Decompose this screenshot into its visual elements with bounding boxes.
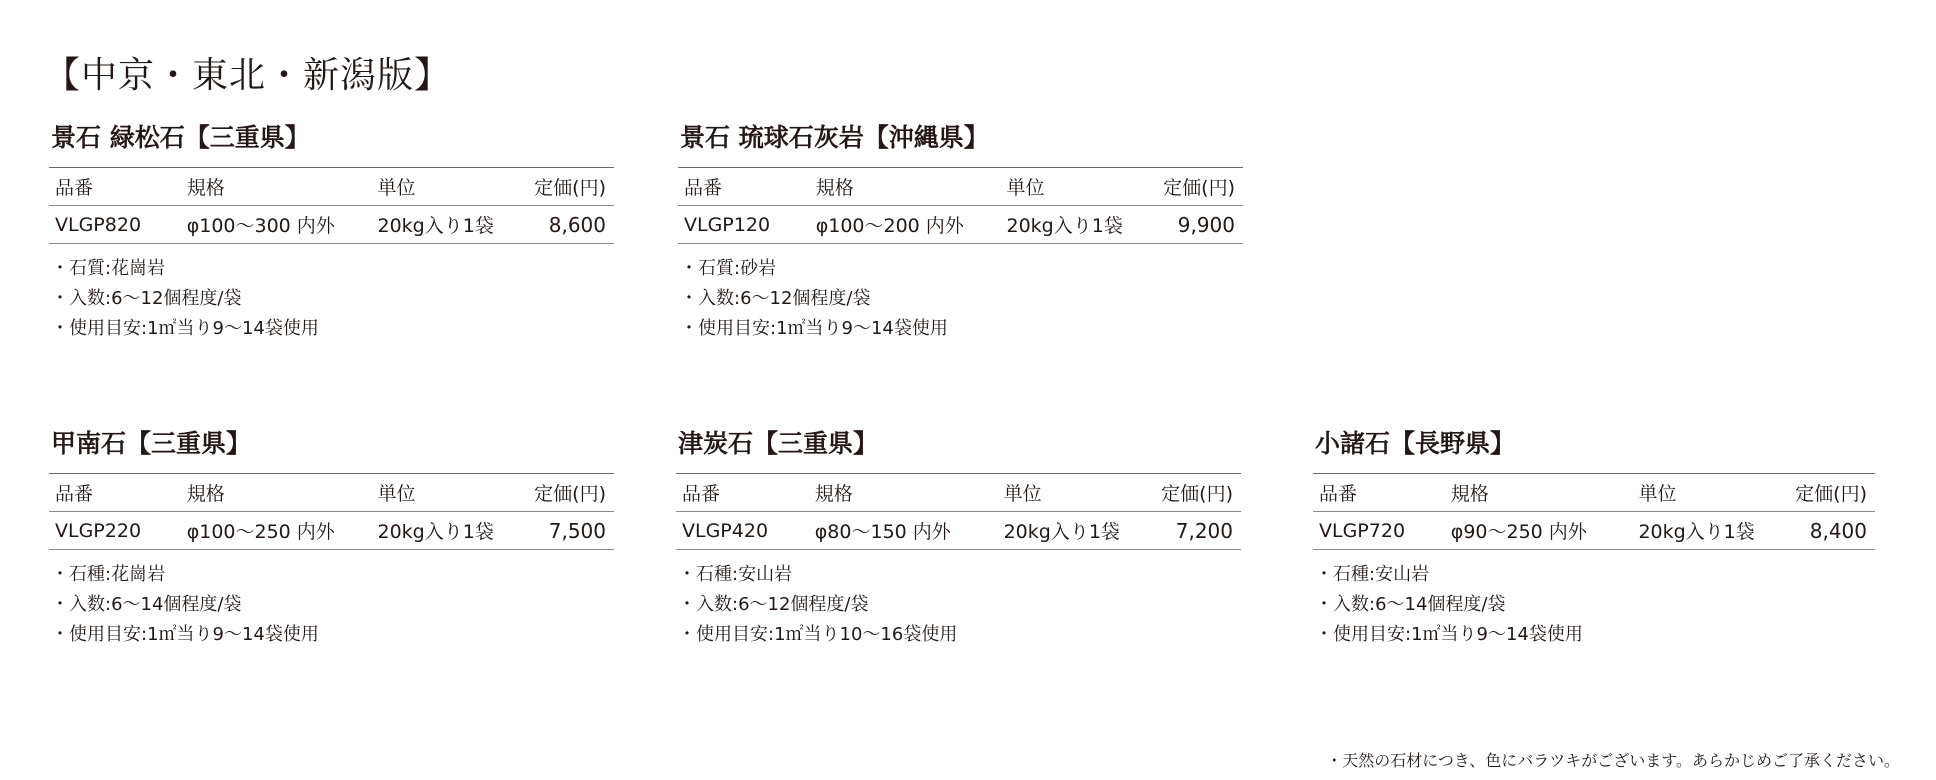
product-notes: ・石種:花崗岩 ・入数:6〜14個程度/袋 ・使用目安:1㎡当り9〜14袋使用	[49, 560, 614, 650]
note-material: ・石種:安山岩	[1313, 560, 1875, 590]
header-price: 定価(円)	[528, 168, 614, 206]
note-usage: ・使用目安:1㎡当り10〜16袋使用	[676, 620, 1241, 650]
table-row: VLGP720 φ90〜250 内外 20kg入り1袋 8,400	[1313, 512, 1875, 550]
note-usage: ・使用目安:1㎡当り9〜14袋使用	[49, 314, 614, 344]
product-price: 7,200	[1155, 512, 1241, 550]
product-size: φ100〜300 内外	[181, 206, 372, 244]
product-title: 甲南石【三重県】	[49, 428, 614, 460]
note-quantity: ・入数:6〜12個程度/袋	[49, 284, 614, 314]
note-quantity: ・入数:6〜12個程度/袋	[676, 590, 1241, 620]
note-quantity: ・入数:6〜14個程度/袋	[1313, 590, 1875, 620]
header-size: 規格	[810, 168, 1001, 206]
product-spec-table: 品番 規格 単位 定価(円) VLGP120 φ100〜200 内外 20kg入…	[678, 167, 1243, 244]
product-size: φ90〜250 内外	[1445, 512, 1633, 550]
header-price: 定価(円)	[1789, 474, 1875, 512]
note-usage: ・使用目安:1㎡当り9〜14袋使用	[1313, 620, 1875, 650]
product-notes: ・石質:花崗岩 ・入数:6〜12個程度/袋 ・使用目安:1㎡当り9〜14袋使用	[49, 254, 614, 344]
note-usage: ・使用目安:1㎡当り9〜14袋使用	[678, 314, 1243, 344]
product-unit: 20kg入り1袋	[372, 206, 529, 244]
product-title: 津炭石【三重県】	[676, 428, 1241, 460]
header-code: 品番	[49, 168, 181, 206]
product-spec-table: 品番 規格 単位 定価(円) VLGP220 φ100〜250 内外 20kg入…	[49, 473, 614, 550]
product-title: 小諸石【長野県】	[1313, 428, 1875, 460]
table-row: VLGP420 φ80〜150 内外 20kg入り1袋 7,200	[676, 512, 1241, 550]
header-size: 規格	[181, 168, 372, 206]
product-block-tsutan: 津炭石【三重県】 品番 規格 単位 定価(円) VLGP420 φ80〜150 …	[676, 428, 1241, 650]
table-header-row: 品番 規格 単位 定価(円)	[1313, 474, 1875, 512]
product-unit: 20kg入り1袋	[372, 512, 529, 550]
table-header-row: 品番 規格 単位 定価(円)	[49, 474, 614, 512]
page-title: 【中京・東北・新潟版】	[44, 54, 451, 98]
table-header-row: 品番 規格 単位 定価(円)	[49, 168, 614, 206]
footnote-disclaimer: ・天然の石材につき、色にバラツキがございます。あらかじめご了承ください。	[1326, 750, 1900, 772]
table-row: VLGP120 φ100〜200 内外 20kg入り1袋 9,900	[678, 206, 1243, 244]
product-unit: 20kg入り1袋	[1001, 206, 1158, 244]
product-code: VLGP120	[678, 206, 810, 244]
note-usage: ・使用目安:1㎡当り9〜14袋使用	[49, 620, 614, 650]
header-unit: 単位	[1632, 474, 1789, 512]
header-unit: 単位	[1001, 168, 1158, 206]
header-code: 品番	[49, 474, 181, 512]
product-spec-table: 品番 規格 単位 定価(円) VLGP820 φ100〜300 内外 20kg入…	[49, 167, 614, 244]
product-title: 景石 緑松石【三重県】	[49, 122, 614, 154]
product-size: φ80〜150 内外	[809, 512, 998, 550]
product-code: VLGP420	[676, 512, 809, 550]
product-code: VLGP220	[49, 512, 181, 550]
product-spec-table: 品番 規格 単位 定価(円) VLGP420 φ80〜150 内外 20kg入り…	[676, 473, 1241, 550]
header-size: 規格	[181, 474, 372, 512]
note-quantity: ・入数:6〜12個程度/袋	[678, 284, 1243, 314]
header-code: 品番	[678, 168, 810, 206]
product-size: φ100〜200 内外	[810, 206, 1001, 244]
product-price: 8,400	[1789, 512, 1875, 550]
header-size: 規格	[1445, 474, 1633, 512]
product-block-ryukyu: 景石 琉球石灰岩【沖縄県】 品番 規格 単位 定価(円) VLGP120 φ10…	[678, 122, 1243, 344]
product-code: VLGP720	[1313, 512, 1445, 550]
note-material: ・石質:砂岩	[678, 254, 1243, 284]
product-price: 8,600	[528, 206, 614, 244]
header-unit: 単位	[372, 168, 529, 206]
note-material: ・石質:花崗岩	[49, 254, 614, 284]
header-code: 品番	[1313, 474, 1445, 512]
product-unit: 20kg入り1袋	[1632, 512, 1789, 550]
product-block-komoro: 小諸石【長野県】 品番 規格 単位 定価(円) VLGP720 φ90〜250 …	[1313, 428, 1875, 650]
product-spec-table: 品番 規格 単位 定価(円) VLGP720 φ90〜250 内外 20kg入り…	[1313, 473, 1875, 550]
header-unit: 単位	[372, 474, 529, 512]
product-code: VLGP820	[49, 206, 181, 244]
product-size: φ100〜250 内外	[181, 512, 372, 550]
header-price: 定価(円)	[528, 474, 614, 512]
table-row: VLGP220 φ100〜250 内外 20kg入り1袋 7,500	[49, 512, 614, 550]
product-notes: ・石種:安山岩 ・入数:6〜12個程度/袋 ・使用目安:1㎡当り10〜16袋使用	[676, 560, 1241, 650]
product-block-konan: 甲南石【三重県】 品番 規格 単位 定価(円) VLGP220 φ100〜250…	[49, 428, 614, 650]
header-size: 規格	[809, 474, 998, 512]
note-material: ・石種:安山岩	[676, 560, 1241, 590]
table-header-row: 品番 規格 単位 定価(円)	[678, 168, 1243, 206]
note-quantity: ・入数:6〜14個程度/袋	[49, 590, 614, 620]
table-row: VLGP820 φ100〜300 内外 20kg入り1袋 8,600	[49, 206, 614, 244]
header-price: 定価(円)	[1157, 168, 1243, 206]
product-title: 景石 琉球石灰岩【沖縄県】	[678, 122, 1243, 154]
header-unit: 単位	[998, 474, 1156, 512]
product-price: 9,900	[1157, 206, 1243, 244]
header-price: 定価(円)	[1155, 474, 1241, 512]
product-notes: ・石種:安山岩 ・入数:6〜14個程度/袋 ・使用目安:1㎡当り9〜14袋使用	[1313, 560, 1875, 650]
table-header-row: 品番 規格 単位 定価(円)	[676, 474, 1241, 512]
product-price: 7,500	[528, 512, 614, 550]
note-material: ・石種:花崗岩	[49, 560, 614, 590]
product-notes: ・石質:砂岩 ・入数:6〜12個程度/袋 ・使用目安:1㎡当り9〜14袋使用	[678, 254, 1243, 344]
product-unit: 20kg入り1袋	[998, 512, 1156, 550]
product-block-midorimatsu: 景石 緑松石【三重県】 品番 規格 単位 定価(円) VLGP820 φ100〜…	[49, 122, 614, 344]
header-code: 品番	[676, 474, 809, 512]
